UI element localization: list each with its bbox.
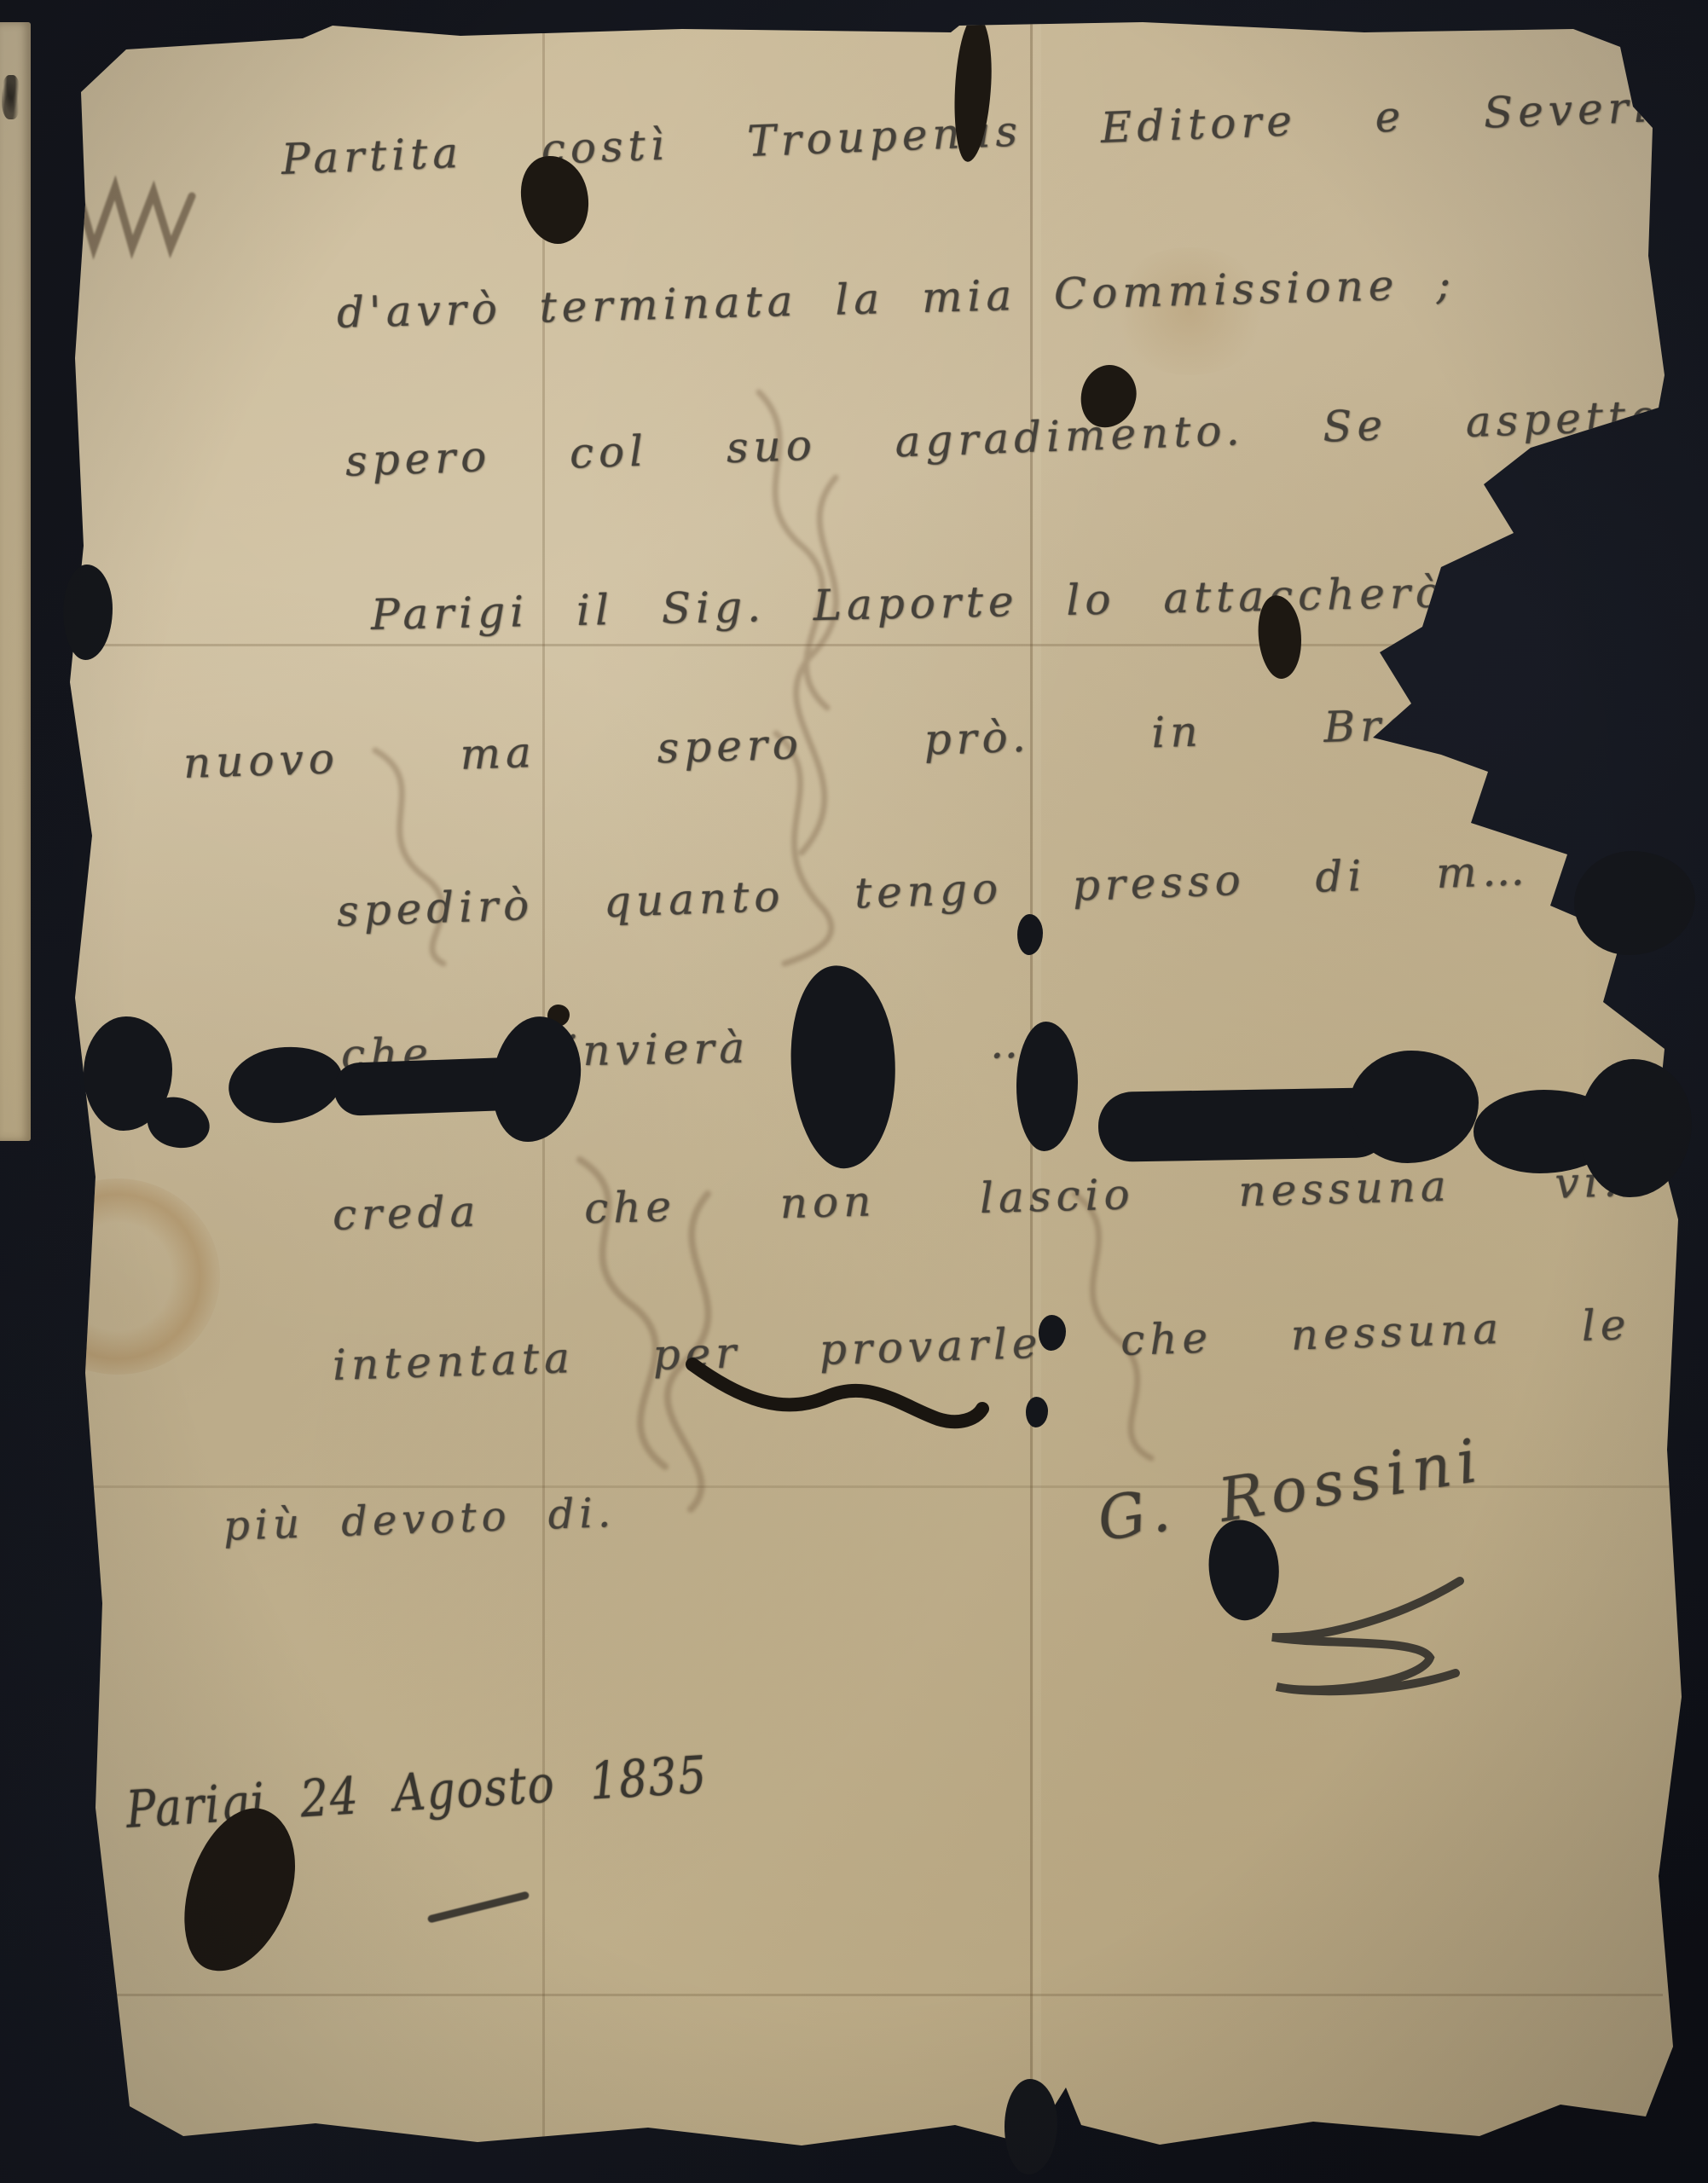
dateline: Parigi 24 Agosto 1835 <box>124 1745 709 1840</box>
paper-hole <box>1579 1059 1692 1197</box>
letter-line: spedirò quanto tengo presso di m… <box>336 845 1531 936</box>
ink-swoosh <box>682 1340 989 1446</box>
letter-line: Parigi il Sig. Laporte lo attaccherò di <box>370 565 1545 640</box>
letter-closing: più devoto di. <box>223 1489 617 1550</box>
adjacent-page-edge <box>0 22 31 1141</box>
water-stain <box>15 1178 220 1375</box>
letter-line: spero col suo agradimento. Se aspetto a <box>344 387 1708 486</box>
paper-hole <box>1574 851 1695 955</box>
paper-hole <box>1097 1087 1390 1162</box>
fold-crease-horizontal-lower <box>102 1994 1663 1996</box>
margin-ink-mark <box>2 75 20 119</box>
signature-flourish <box>1247 1571 1485 1702</box>
scan-background: Partita costì Troupenas Editore e Severi… <box>0 0 1708 2183</box>
ink-scribble <box>47 166 243 277</box>
letter-line: d'avrò terminata la mia Commissione ; <box>336 259 1456 338</box>
letter-line: Partita costì Troupenas Editore e Severi… <box>281 80 1705 184</box>
date-underline-stroke <box>427 1891 530 1923</box>
paper-hole <box>1005 2079 1057 2174</box>
